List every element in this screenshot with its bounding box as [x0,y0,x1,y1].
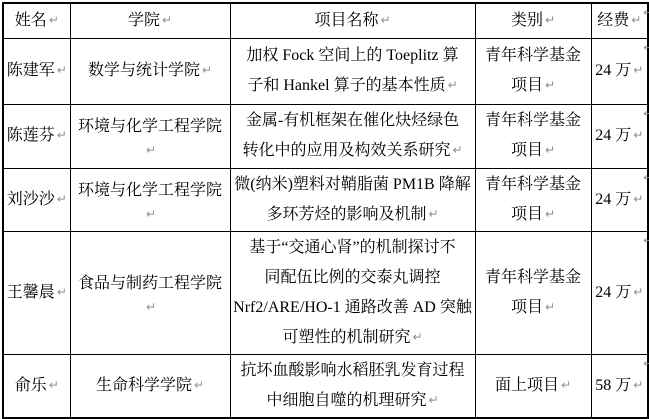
category-text: 面上项目 [495,377,559,394]
funding-text: 24 万 [595,284,631,301]
name-text: 俞乐 [15,377,47,394]
college-cell: 食品与制药工程学院↵ [70,231,230,354]
category-text: 青年科学基金 项目 [485,176,581,223]
paragraph-mark-icon: ↵ [162,14,172,26]
paragraph-mark-icon: ↵ [545,208,555,220]
category-cell: 青年科学基金 项目↵ [475,104,591,168]
paragraph-mark-icon: ↵ [633,129,643,141]
category-text: 青年科学基金 项目 [485,112,581,159]
paragraph-mark-icon: ↵ [633,64,643,76]
header-row: 姓名↵ 学院↵ 项目名称↵ 类别↵ 经费↵ [3,3,648,38]
header-funding: 经费↵ [591,3,648,38]
table-row: 王馨晨↵ 食品与制药工程学院↵ 基于“交通心肾”的机制探讨不 同配伍比例的交泰丸… [3,231,648,354]
row-end-mark-icon: ↵ [643,6,649,19]
college-text: 环境与化学工程学院 [78,182,222,199]
paragraph-mark-icon: ↵ [49,379,59,391]
funding-cell: 58 万↵ [591,354,648,418]
row-end-mark-icon: ↵ [643,171,649,184]
document-page: 姓名↵ 学院↵ 项目名称↵ 类别↵ 经费↵ 陈建军↵ 数学与统计学院↵ 加权 F… [0,0,649,419]
header-college: 学院↵ [70,3,230,38]
funding-cell: 24 万↵ [591,104,648,168]
table-row: 陈莲芬↵ 环境与化学工程学院↵ 金属-有机框架在催化炔烃绿色 转化中的应用及构效… [3,104,648,168]
paragraph-mark-icon: ↵ [633,193,643,205]
category-cell: 青年科学基金 项目↵ [475,168,591,231]
funding-cell: 24 万↵ [591,231,648,354]
paragraph-mark-icon: ↵ [452,144,462,156]
table-row: 刘沙沙↵ 环境与化学工程学院↵ 微(纳米)塑料对鞘脂菌 PM1B 降解 多环芳烃… [3,168,648,231]
name-cell: 俞乐↵ [3,354,70,418]
name-text: 刘沙沙 [7,191,55,208]
category-cell: 青年科学基金 项目↵ [475,38,591,104]
project-cell: 基于“交通心肾”的机制探讨不 同配伍比例的交泰丸调控 Nrf2/ARE/HO-1… [230,231,475,354]
name-cell: 刘沙沙↵ [3,168,70,231]
paragraph-mark-icon: ↵ [561,379,571,391]
college-text: 生命科学学院 [96,377,192,394]
paragraph-mark-icon: ↵ [380,14,390,26]
category-text: 青年科学基金 项目 [485,47,581,94]
paragraph-mark-icon: ↵ [545,79,555,91]
funding-text: 24 万 [595,62,631,79]
paragraph-mark-icon: ↵ [57,286,67,298]
paragraph-mark-icon: ↵ [57,129,67,141]
paragraph-mark-icon: ↵ [428,394,438,406]
college-text: 环境与化学工程学院 [78,118,222,135]
category-cell: 青年科学基金 项目↵ [475,231,591,354]
row-end-mark-icon: ↵ [643,107,649,120]
name-cell: 王馨晨↵ [3,231,70,354]
header-category: 类别↵ [475,3,591,38]
funding-text: 24 万 [595,191,631,208]
college-cell: 环境与化学工程学院↵ [70,104,230,168]
paragraph-mark-icon: ↵ [631,14,641,26]
college-cell: 环境与化学工程学院↵ [70,168,230,231]
project-text: 基于“交通心肾”的机制探讨不 同配伍比例的交泰丸调控 Nrf2/ARE/HO-1… [233,239,472,346]
paragraph-mark-icon: ↵ [146,144,156,156]
paragraph-mark-icon: ↵ [194,379,204,391]
name-text: 陈莲芬 [7,127,55,144]
paragraph-mark-icon: ↵ [545,301,555,313]
header-project: 项目名称↵ [230,3,475,38]
college-text: 数学与统计学院 [88,62,200,79]
paragraph-mark-icon: ↵ [545,144,555,156]
project-cell: 金属-有机框架在催化炔烃绿色 转化中的应用及构效关系研究↵ [230,104,475,168]
college-text: 食品与制药工程学院 [78,275,222,292]
project-text: 加权 Fock 空间上的 Toeplitz 算 子和 Hankel 算子的基本性… [246,47,458,94]
category-cell: 面上项目↵ [475,354,591,418]
header-name: 姓名↵ [3,3,70,38]
funding-cell: 24 万↵ [591,168,648,231]
header-name-label: 姓名 [15,12,47,29]
paragraph-mark-icon: ↵ [633,379,643,391]
row-end-mark-icon: ↵ [643,41,649,54]
college-cell: 生命科学学院↵ [70,354,230,418]
funding-text: 58 万 [595,377,631,394]
paragraph-mark-icon: ↵ [412,331,422,343]
name-text: 陈建军 [7,62,55,79]
project-cell: 加权 Fock 空间上的 Toeplitz 算 子和 Hankel 算子的基本性… [230,38,475,104]
paragraph-mark-icon: ↵ [448,79,458,91]
paragraph-mark-icon: ↵ [146,301,156,313]
project-cell: 抗坏血酸影响水稻胚乳发育过程 中细胞自噬的机理研究↵ [230,354,475,418]
table-row: 陈建军↵ 数学与统计学院↵ 加权 Fock 空间上的 Toeplitz 算 子和… [3,38,648,104]
name-text: 王馨晨 [7,284,55,301]
category-text: 青年科学基金 项目 [485,269,581,316]
header-project-label: 项目名称 [314,12,378,29]
table-row: 俞乐↵ 生命科学学院↵ 抗坏血酸影响水稻胚乳发育过程 中细胞自噬的机理研究↵ 面… [3,354,648,418]
funding-cell: 24 万↵ [591,38,648,104]
row-end-mark-icon: ↵ [643,234,649,247]
name-cell: 陈建军↵ [3,38,70,104]
header-category-label: 类别 [511,12,543,29]
row-end-mark-icon: ↵ [643,357,649,370]
paragraph-mark-icon: ↵ [633,286,643,298]
paragraph-mark-icon: ↵ [49,14,59,26]
name-cell: 陈莲芬↵ [3,104,70,168]
project-cell: 微(纳米)塑料对鞘脂菌 PM1B 降解 多环芳烃的影响及机制↵ [230,168,475,231]
paragraph-mark-icon: ↵ [57,193,67,205]
paragraph-mark-icon: ↵ [545,14,555,26]
grant-table: 姓名↵ 学院↵ 项目名称↵ 类别↵ 经费↵ 陈建军↵ 数学与统计学院↵ 加权 F… [2,2,649,419]
funding-text: 24 万 [595,127,631,144]
header-funding-label: 经费 [597,12,629,29]
paragraph-mark-icon: ↵ [146,208,156,220]
college-cell: 数学与统计学院↵ [70,38,230,104]
header-college-label: 学院 [128,12,160,29]
project-text: 金属-有机框架在催化炔烃绿色 转化中的应用及构效关系研究 [242,112,459,159]
paragraph-mark-icon: ↵ [428,208,438,220]
paragraph-mark-icon: ↵ [57,64,67,76]
paragraph-mark-icon: ↵ [202,64,212,76]
